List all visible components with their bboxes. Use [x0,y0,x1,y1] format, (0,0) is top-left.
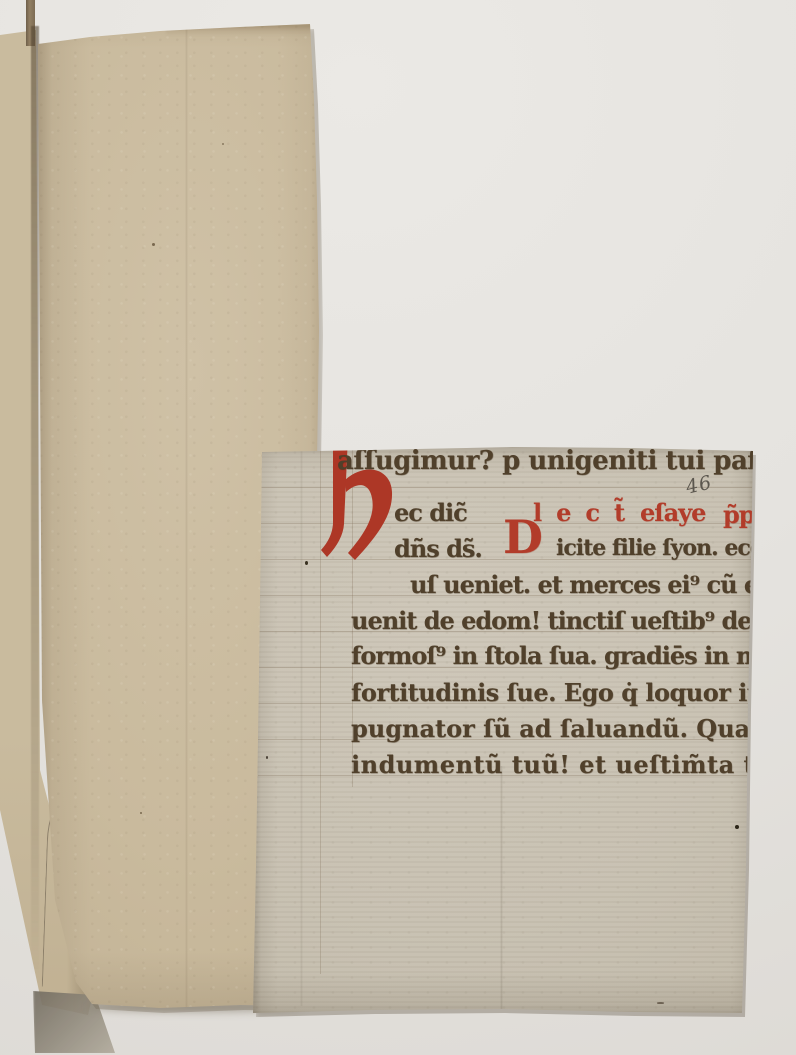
text-line-2: ec dic̃ [394,501,467,525]
paper-speck [222,143,224,145]
manuscript-photograph: aſſugimur? p unigeniti tui paſſio ec dic… [0,0,796,1055]
rubric-propheta: p̃pħ [723,503,771,527]
edge-stain [657,1002,664,1004]
paper-fold-crease [185,22,188,1012]
text-line-1: aſſugimur? p unigeniti tui paſſio [337,448,795,474]
text-line-4: uſ ueniet. et merces ei⁹ cũ e [410,573,758,597]
rubric-esaye: eſaye [640,501,705,525]
ink-speck [266,756,268,759]
gutter-shadow [31,26,39,976]
ink-speck [735,825,739,829]
paper-speck [140,812,142,814]
parchment-fragment: aſſugimur? p unigeniti tui paſſio ec dic… [252,446,755,1018]
parchment-fold [500,766,503,1011]
text-line-8: pugnator ſũ ad ſaluandũ. Quare [351,717,778,741]
text-line-9: indumentũ tuũ! et ueſtim̃ta tua [351,753,789,777]
text-line-3-rest: icite filie ſyon. ecc [556,537,762,559]
text-line-6: formoſ⁹ in ſtola ſua. gradiēs in m [351,644,760,668]
initial-d-rubric: D [503,514,543,560]
text-line-7: fortitudinis ſue. Ego q̇ loquor iu [351,681,764,705]
parchment-crease [300,450,303,1006]
rubric-lectio: lect̃ [533,501,639,525]
top-edge-stain [166,24,314,36]
paper-speck [152,243,155,246]
ink-speck [305,561,308,565]
text-line-5: uenit de edom! tinctiſ ueſtib⁹ de b [351,609,775,633]
text-line-3: dñs ds̃. [394,537,482,561]
folio-number-annotation: 46 [684,471,714,498]
